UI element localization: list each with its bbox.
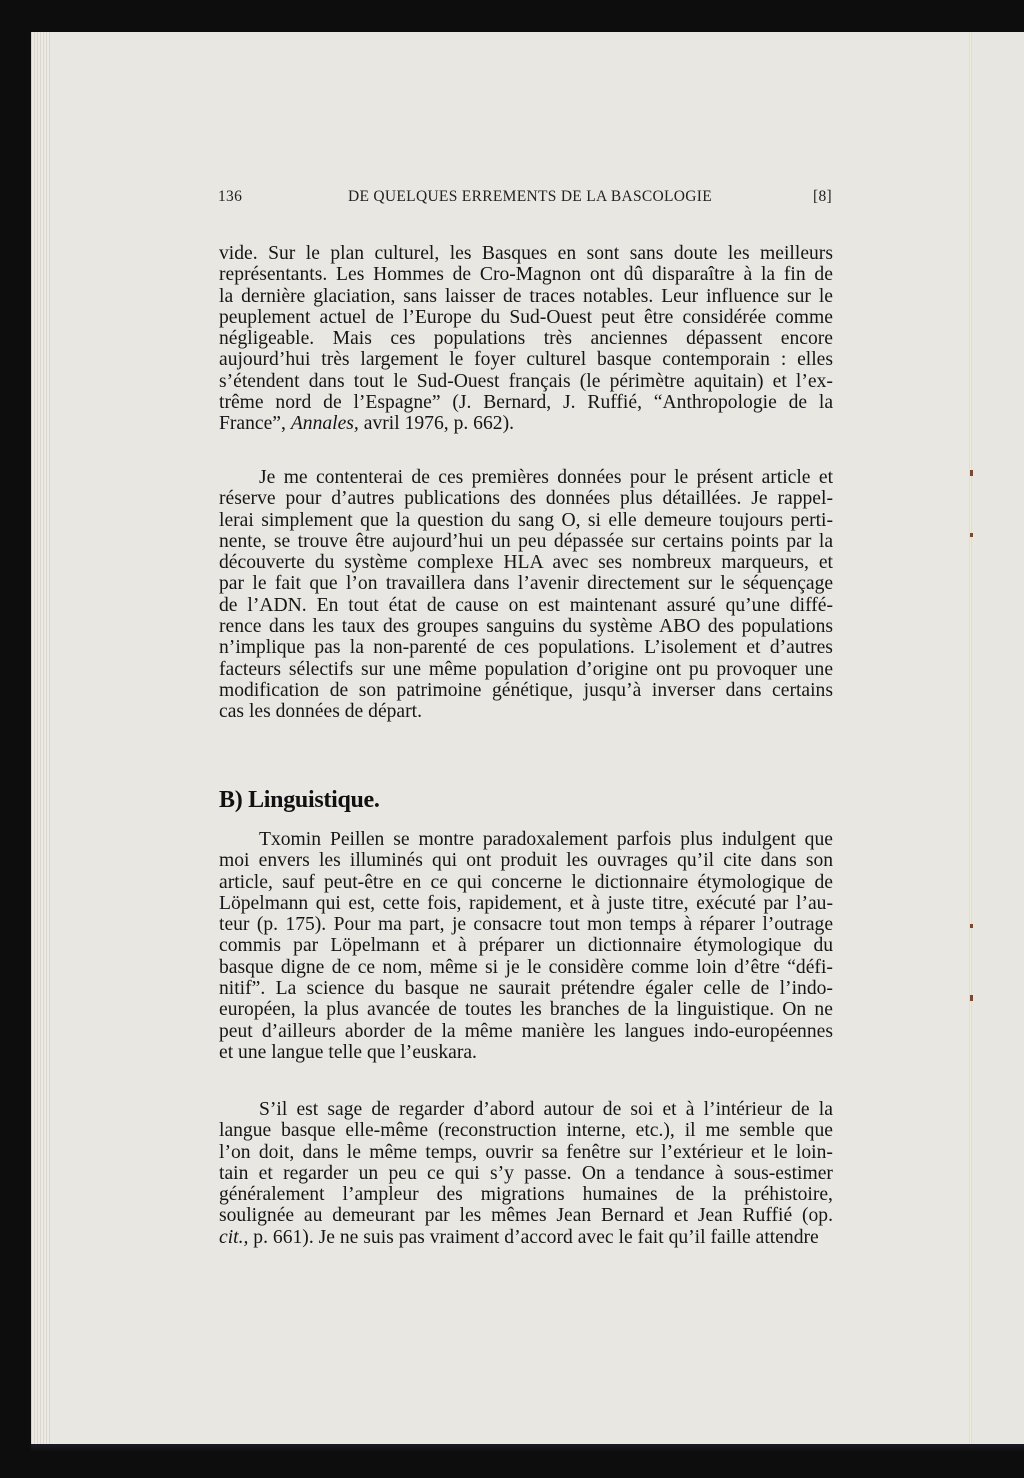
text-line: facteurs sélectifs sur une même populati… xyxy=(219,659,833,680)
section-marker: [8] xyxy=(813,188,832,206)
page-bottom-shadow xyxy=(31,1444,1024,1452)
text-line: l’on doit, dans le même temps, ouvrir sa… xyxy=(219,1142,833,1163)
binding-mark xyxy=(970,470,973,476)
text-line: s’étendent dans tout le Sud-Ouest frança… xyxy=(219,371,833,392)
text-line: découverte du système complexe HLA avec … xyxy=(219,552,833,573)
text-line: n’implique pas la non-parenté de ces pop… xyxy=(219,637,833,658)
text-line: nitif”. La science du basque ne saurait … xyxy=(219,978,833,999)
text-line: cit., p. 661). Je ne suis pas vraiment d… xyxy=(219,1227,833,1248)
text-line: commis par Löpelmann et à préparer un di… xyxy=(219,935,833,956)
text-line: soulignée au demeurant par les mêmes Jea… xyxy=(219,1205,833,1226)
text-line: teur (p. 175). Pour ma part, je consacre… xyxy=(219,914,833,935)
text-line: Txomin Peillen se montre paradoxalement … xyxy=(219,829,833,850)
text-line: rence dans les taux des groupes sanguins… xyxy=(219,616,833,637)
text-line: S’il est sage de regarder d’abord autour… xyxy=(219,1099,833,1120)
paragraph-2: Je me contenterai de ces premières donné… xyxy=(219,467,833,723)
paragraph-1: vide. Sur le plan culturel, les Basques … xyxy=(219,243,833,435)
facing-page-edge xyxy=(972,32,1024,1444)
text-line: généralement l’ampleur des migrations hu… xyxy=(219,1184,833,1205)
paragraph-4: S’il est sage de regarder d’abord autour… xyxy=(219,1099,833,1248)
text-line: France”, Annales, avril 1976, p. 662). xyxy=(219,413,833,434)
section-heading: B) Linguistique. xyxy=(219,787,380,814)
text-line: cas les données de départ. xyxy=(219,701,833,722)
text-line: européen, la plus avancée de toutes les … xyxy=(219,999,833,1020)
text-line: la dernière glaciation, sans laisser de … xyxy=(219,286,833,307)
text-line: modification de son patrimoine génétique… xyxy=(219,680,833,701)
text-line: tain et regarder un peu ce qui s’y passe… xyxy=(219,1163,833,1184)
binding-mark xyxy=(970,533,973,537)
text-line: vide. Sur le plan culturel, les Basques … xyxy=(219,243,833,264)
text-line: négligeable. Mais ces populations très a… xyxy=(219,328,833,349)
text-line: basque digne de ce nom, même si je le co… xyxy=(219,957,833,978)
text-line: peuplement actuel de l’Europe du Sud-Oue… xyxy=(219,307,833,328)
text-line: langue basque elle-même (reconstruction … xyxy=(219,1120,833,1141)
binding-mark xyxy=(970,924,973,928)
page-edge-stack xyxy=(31,32,52,1444)
text-line: et une langue telle que l’euskara. xyxy=(219,1042,833,1063)
text-line: lerai simplement que la question du sang… xyxy=(219,510,833,531)
binding-mark xyxy=(970,995,973,1001)
text-line: aujourd’hui très largement le foyer cult… xyxy=(219,349,833,370)
text-line: réserve pour d’autres publications des d… xyxy=(219,488,833,509)
text-line: Je me contenterai de ces premières donné… xyxy=(219,467,833,488)
text-line: de l’ADN. En tout état de cause on est m… xyxy=(219,595,833,616)
text-line: article, sauf peut-être en ce qui concer… xyxy=(219,872,833,893)
paragraph-3: Txomin Peillen se montre paradoxalement … xyxy=(219,829,833,1063)
running-head: 136 DE QUELQUES ERREMENTS DE LA BASCOLOG… xyxy=(218,188,832,212)
text-line: Löpelmann qui est, cette fois, rapidemen… xyxy=(219,893,833,914)
text-line: trême nord de l’Espagne” (J. Bernard, J.… xyxy=(219,392,833,413)
running-title: DE QUELQUES ERREMENTS DE LA BASCOLOGIE xyxy=(218,188,832,206)
text-line: peut d’ailleurs aborder de la même maniè… xyxy=(219,1021,833,1042)
text-line: par le fait que l’on travaillera dans l’… xyxy=(219,573,833,594)
text-line: représentants. Les Hommes de Cro-Magnon … xyxy=(219,264,833,285)
text-line: nente, se trouve être aujourd’hui un peu… xyxy=(219,531,833,552)
text-line: moi envers les illuminés qui ont produit… xyxy=(219,850,833,871)
